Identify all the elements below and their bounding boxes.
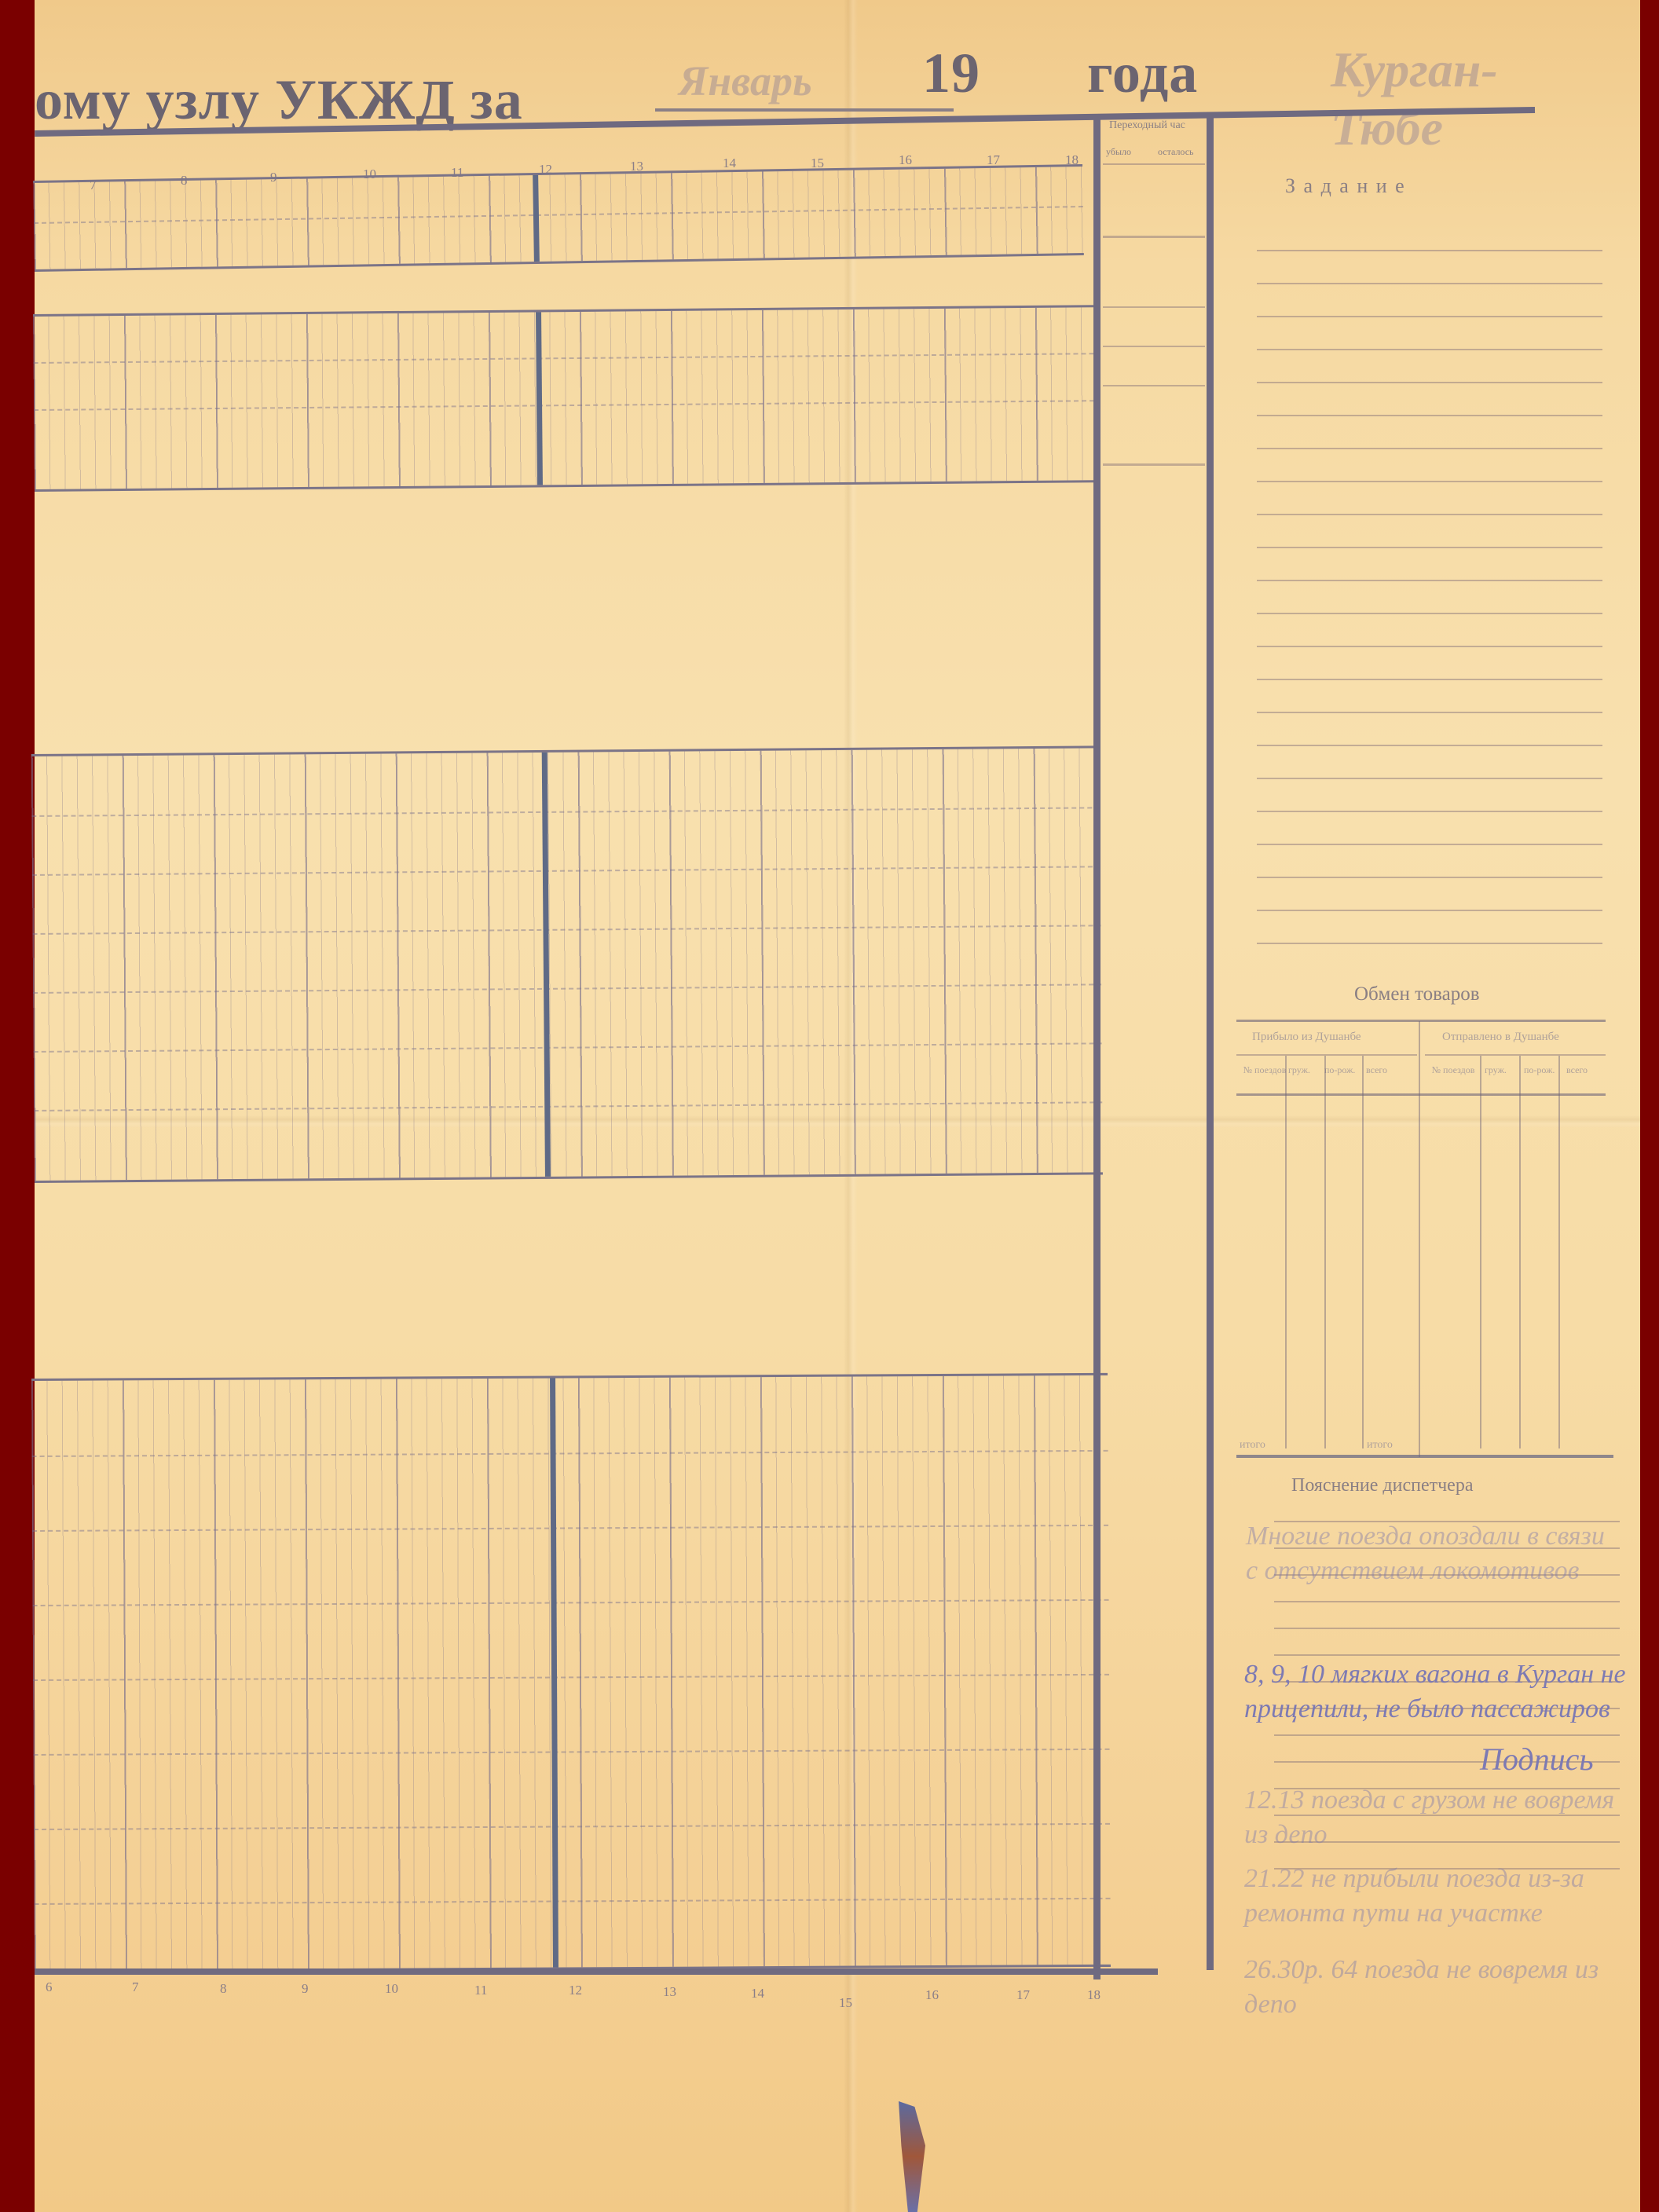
graph-midline <box>32 1450 1108 1457</box>
divider <box>1236 1020 1606 1022</box>
side-column-right-rule <box>1207 116 1214 1970</box>
title-left: ому узлу УКЖД за <box>35 68 523 133</box>
goods-exchange-table: Обмен товаров Прибыло из Душанбе Отправл… <box>1236 974 1621 1461</box>
graph-midline <box>31 807 1100 817</box>
ruled-line <box>1257 415 1602 416</box>
divider <box>1425 1054 1606 1056</box>
title-right: года <box>1087 41 1198 106</box>
hour-tick: 7 <box>132 1979 139 1995</box>
graph-midline <box>32 866 1101 876</box>
arrived-group-label: Прибыло из Душанбе <box>1252 1031 1361 1044</box>
title-station-handwriting: Курган-Тюбе <box>1331 41 1527 157</box>
ruled-line <box>1257 778 1602 779</box>
form-sheet: ому узлу УКЖД за Январь 19 года Курган-Т… <box>35 0 1640 2212</box>
ruled-line <box>1257 514 1602 515</box>
col-rule <box>1480 1056 1481 1448</box>
ruled-line <box>1257 646 1602 647</box>
ruled-line <box>1257 745 1602 746</box>
col-rule <box>1558 1056 1560 1448</box>
ruled-line <box>1257 481 1602 482</box>
hour-tick: 16 <box>925 1987 939 2003</box>
transition-sub-left: убыло <box>1106 146 1131 158</box>
ruled-line <box>1257 580 1602 581</box>
divider <box>1103 463 1205 466</box>
graph-midline <box>34 1101 1102 1111</box>
graph-midline <box>35 1898 1111 1905</box>
hour-tick: 9 <box>302 1981 309 1997</box>
ruled-line <box>1274 1601 1620 1602</box>
col-train-no: № поездов <box>1241 1064 1288 1076</box>
transition-hour-header: Переходный час <box>1109 119 1185 132</box>
dispatcher-note: 26.30р. 64 поезда не вовремя из депо <box>1244 1953 1606 2022</box>
ruled-line <box>1257 448 1602 449</box>
divider <box>1103 236 1205 238</box>
goods-exchange-heading: Обмен товаров <box>1354 983 1480 1005</box>
graph-band-3 <box>31 745 1103 1183</box>
col-empty: по-рож. <box>1524 1064 1555 1076</box>
col-rule <box>1285 1056 1287 1448</box>
dispatcher-note: 8, 9, 10 мягких вагона в Курган не прице… <box>1244 1657 1629 1727</box>
ruled-line <box>1274 1628 1620 1629</box>
hour-tick: 6 <box>46 1979 53 1995</box>
assignment-heading: З а д а н и е <box>1285 174 1406 198</box>
ruled-line <box>1274 1734 1620 1736</box>
col-rule <box>1324 1056 1326 1448</box>
graph-midline <box>33 983 1101 994</box>
dispatcher-signature: Подпись <box>1480 1742 1594 1777</box>
ruled-line <box>1274 1654 1620 1656</box>
title-month-handwriting: Январь <box>679 57 812 105</box>
graph-midline <box>34 353 1094 364</box>
sent-total-label: итого <box>1367 1439 1393 1452</box>
col-empty: по-рож. <box>1324 1064 1356 1076</box>
noon-marker <box>536 312 543 485</box>
graph-midline <box>33 1599 1109 1606</box>
paper-tear <box>899 2101 925 2212</box>
ruled-line <box>1257 712 1602 713</box>
divider <box>1103 163 1205 165</box>
ruled-line <box>1257 547 1602 548</box>
col-rule <box>1362 1056 1364 1448</box>
ruled-line <box>1257 844 1602 845</box>
graph-midline <box>34 1749 1110 1756</box>
divider <box>1103 385 1205 386</box>
dispatcher-note: 12.13 поезда с грузом не вовремя из депо <box>1244 1783 1621 1852</box>
graph-band-2 <box>33 305 1095 492</box>
graph-midline <box>32 1525 1108 1532</box>
divider <box>1103 346 1205 347</box>
ruled-line <box>1257 910 1602 911</box>
ruled-line <box>1257 943 1602 944</box>
hour-tick: 13 <box>663 1984 676 2000</box>
col-total: всего <box>1566 1064 1588 1076</box>
hour-tick: 8 <box>220 1981 227 1997</box>
col-loaded: груж. <box>1288 1064 1310 1076</box>
graph-midline <box>34 206 1083 224</box>
bottom-axis-rule <box>35 1968 1158 1975</box>
divider <box>1236 1455 1613 1458</box>
ruled-line <box>1257 250 1602 251</box>
ruled-line <box>1257 877 1602 878</box>
ruled-line <box>1257 679 1602 680</box>
ruled-line <box>1257 382 1602 383</box>
dispatcher-note: Многие поезда опоздали в связи с отсутст… <box>1246 1519 1623 1588</box>
col-train-no: № поездов <box>1430 1064 1477 1076</box>
side-column-left-rule <box>1093 116 1101 1979</box>
ruled-line <box>1257 283 1602 284</box>
arrived-total-label: итого <box>1240 1439 1265 1452</box>
noon-marker <box>542 753 551 1177</box>
col-loaded: груж. <box>1485 1064 1507 1076</box>
transition-sub-right: осталось <box>1158 146 1194 158</box>
ruled-line <box>1257 316 1602 317</box>
title-month-blank <box>655 108 954 112</box>
dispatcher-notes-heading: Пояснение диспетчера <box>1291 1475 1473 1496</box>
divider <box>1103 306 1205 308</box>
graph-midline <box>33 925 1101 935</box>
hour-tick: 14 <box>751 1986 764 2001</box>
hour-tick: 15 <box>839 1995 852 2011</box>
hour-tick: 12 <box>569 1983 582 1998</box>
title-year: 19 <box>922 41 980 106</box>
ruled-line <box>1257 349 1602 350</box>
graph-midline <box>34 1042 1102 1053</box>
graph-midline <box>34 1823 1110 1830</box>
col-rule <box>1519 1056 1521 1448</box>
divider <box>1236 1093 1606 1096</box>
hour-tick: 18 <box>1087 1987 1101 2003</box>
graph-band-1 <box>33 164 1084 272</box>
ruled-line <box>1257 613 1602 614</box>
sent-group-label: Отправлено в Душанбе <box>1442 1031 1559 1044</box>
col-total: всего <box>1366 1064 1387 1076</box>
hour-tick: 11 <box>474 1983 487 1998</box>
group-divider <box>1419 1021 1420 1457</box>
noon-marker <box>533 175 540 262</box>
graph-band-4 <box>31 1373 1111 1972</box>
hour-tick: 17 <box>1016 1987 1030 2003</box>
ruled-line <box>1257 811 1602 812</box>
hour-tick: 16 <box>899 152 912 168</box>
hour-tick: 10 <box>385 1981 398 1997</box>
dispatcher-note: 21.22 не прибыли поезда из-за ремонта пу… <box>1244 1862 1621 1931</box>
divider <box>1236 1054 1417 1056</box>
graph-midline <box>33 1674 1109 1681</box>
noon-marker <box>550 1379 558 1968</box>
graph-midline <box>34 400 1094 411</box>
